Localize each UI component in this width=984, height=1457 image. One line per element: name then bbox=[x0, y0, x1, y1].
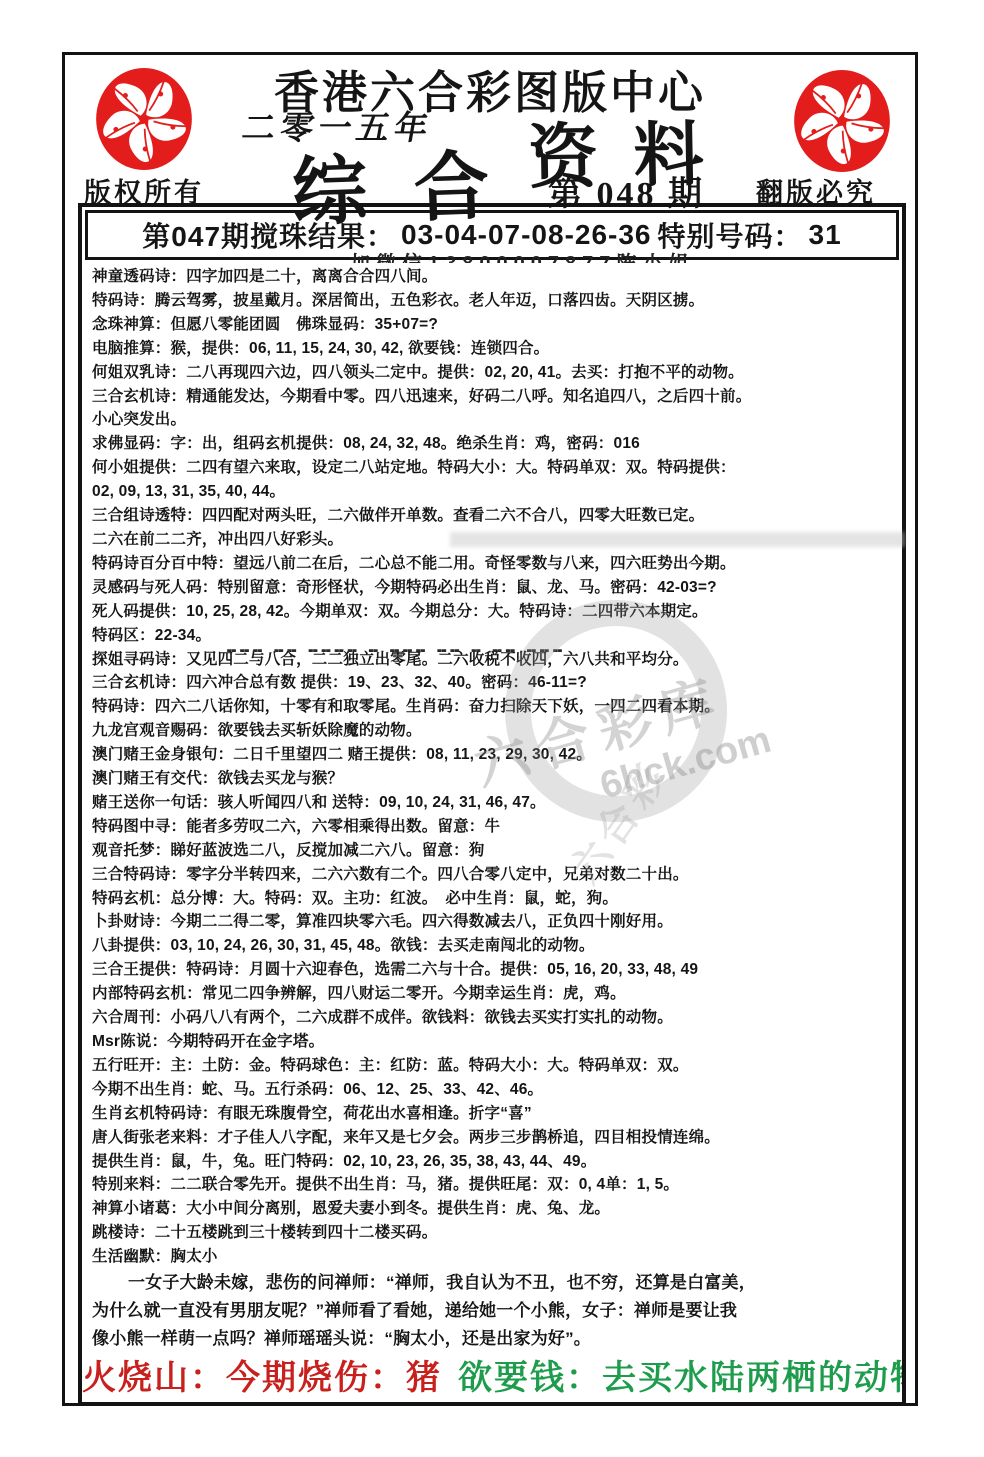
tip-line: 赌王送你一句话：骇人听闻四八和 送特：09, 10, 24, 31, 46, 4… bbox=[92, 791, 894, 815]
tip-line: 特码玄机：总分博：大。特码：双。主功：红波。 必中生肖：鼠，蛇，狗。 bbox=[92, 887, 894, 911]
tip-line: 六合周刊：小码八八有两个，二六成群不成伴。欲钱料：欲钱去买实打实扎的动物。 bbox=[92, 1006, 894, 1030]
tip-line: 02, 09, 13, 31, 35, 40, 44。 bbox=[92, 480, 894, 504]
tip-line: 今期不出生肖：蛇、马。五行杀码：06、12、25、33、42、46。 bbox=[92, 1078, 894, 1102]
footer-red-text: 火烧山：今期烧伤：猪 bbox=[82, 1360, 442, 1397]
tip-line: 九龙宫观音赐码：欲要钱去买斩妖除魔的动物。 bbox=[92, 719, 894, 743]
special-number-label: 特别号码： bbox=[658, 215, 803, 255]
tip-line: 何小姐提供：二四有望六来取，设定二八站定地。特码大小：大。特码单双：双。特码提供… bbox=[92, 456, 894, 480]
tip-line: 唐人街张老来料：才子佳人八字配，来年又是七夕会。两步三步鹊桥追，四目相投情连绵。 bbox=[92, 1126, 894, 1150]
tips-lines: 神童透码诗：四字加四是二十，离离合合四八间。特码诗：腾云驾雾，披星戴月。深居简出… bbox=[92, 265, 894, 1269]
content-frame: 第047期搅珠结果： 03-04-07-08-26-36 特别号码： 31 加微… bbox=[78, 203, 906, 1406]
tip-line: 电脑推算：猴，提供：06, 11, 15, 24, 30, 42, 欲要钱：连锁… bbox=[92, 337, 894, 361]
tip-line: 小心突发出。 bbox=[92, 408, 894, 432]
joke-line: 为什么就一直没有男朋友呢？”禅师看了看她，递给她一个小熊，女子：禅师是要让我 bbox=[92, 1297, 894, 1325]
joke-line: 一女子大龄未嫁，悲伤的问禅师：“禅师，我自认为不丑，也不穷，还算是白富美， bbox=[92, 1269, 894, 1297]
tip-line: 内部特码玄机：常见二四争辨解，四八财运二零开。今期幸运生肖：虎，鸡。 bbox=[92, 982, 894, 1006]
tip-line: 提供生肖：鼠，牛，兔。旺门特码：02, 10, 23, 26, 35, 38, … bbox=[92, 1150, 894, 1174]
bauhinia-flower-logo-right-icon bbox=[790, 66, 894, 176]
result-prefix: 第047期搅珠结果： bbox=[142, 215, 395, 255]
tip-line: 死人码提供：10, 25, 28, 42。今期单双：双。今期总分：大。特码诗：二… bbox=[92, 600, 894, 624]
tip-line: 特码诗：四六二八话你知，十零有和取零尾。生肖码：奋力扫除天下妖，一四二四看本期。 bbox=[92, 695, 894, 719]
tips-text-block: 神童透码诗：四字加四是二十，离离合合四八间。特码诗：腾云驾雾，披星戴月。深居简出… bbox=[92, 265, 894, 1353]
tip-line: 三合组诗透特：四四配对两头旺，二六做伴开单数。查看二六不合八，四零大旺数已定。 bbox=[92, 504, 894, 528]
tip-line: 何姐双乳诗：二八再现四六边，四八领头二定中。提供：02, 20, 41。去买：打… bbox=[92, 361, 894, 385]
tip-line: 生活幽默：胸太小 bbox=[92, 1245, 894, 1269]
tip-line: 三合玄机诗：精通能发达，今期看中零。四八迅速来，好码二八呼。知名追四八，之后四十… bbox=[92, 385, 894, 409]
joke-line: 像小熊一样萌一点吗？禅师瑶瑶头说：“胸太小，还是出家为好”。 bbox=[92, 1325, 894, 1353]
tip-line: 生肖玄机特码诗：有眼无珠腹骨空，荷花出水喜相逢。折字“喜” bbox=[92, 1102, 894, 1126]
tip-line: 特码图中寻：能者多劳叹二六，六零相乘得出数。留意：牛 bbox=[92, 815, 894, 839]
tip-line: 三合玄机诗：四六冲合总有数 提供：19、23、32、40。密码：46-11=? bbox=[92, 671, 894, 695]
tip-line: 灵感码与死人码：特别留意：奇形怪状，今期特码必出生肖：鼠、龙、马。密码：42-0… bbox=[92, 576, 894, 600]
bauhinia-flower-logo-left-icon bbox=[92, 64, 196, 174]
tip-line: 二六在前二二齐，冲出四八好彩头。 bbox=[92, 528, 894, 552]
tip-line: 三合特码诗：零字分半转四来，二六六数有二个。四八合零八定中，兄弟对数二十出。 bbox=[92, 863, 894, 887]
tip-line: 念珠神算：但愿八零能团圆 佛珠显码：35+07=? bbox=[92, 313, 894, 337]
tip-line: 观音托梦：睇好蓝波选二八，反搅加减二六八。留意：狗 bbox=[92, 839, 894, 863]
tip-line: 特码诗百分百中特：望远八前二在后，二心总不能二用。奇怪零数与八来，四六旺势出今期… bbox=[92, 552, 894, 576]
clipped-phone-line: 加微信13800007877陈小姐 bbox=[350, 252, 850, 263]
tip-line: 八卦提供：03, 10, 24, 26, 30, 31, 45, 48。欲钱：去… bbox=[92, 934, 894, 958]
footer-green-text: 欲要钱：去买水陆两栖的动物 bbox=[458, 1360, 906, 1397]
tip-line: 澳门赌王有交代：欲钱去买龙与猴？ bbox=[92, 767, 894, 791]
previous-draw-result: 第047期搅珠结果： 03-04-07-08-26-36 特别号码： 31 加微… bbox=[85, 210, 899, 260]
tip-line: 澳门赌王金身银句：二日千里望四二 赌王提供：08, 11, 23, 29, 30… bbox=[92, 743, 894, 767]
tip-line: 求佛显码：字：出，组码玄机提供：08, 24, 32, 48。绝杀生肖：鸡，密码… bbox=[92, 432, 894, 456]
tip-line: 三合王提供：特码诗：月圆十六迎春色，选需二六与十合。提供：05, 16, 20,… bbox=[92, 958, 894, 982]
tip-line: 特码诗：腾云驾雾，披星戴月。深居简出，五色彩衣。老人年迈，口落四齿。天阴区掳。 bbox=[92, 289, 894, 313]
tip-line: 神童透码诗：四字加四是二十，离离合合四八间。 bbox=[92, 265, 894, 289]
censored-text-strip: ╍╍╍ ╍╍ ╍╍╍╍ ╍ ╍╍╍ ╍╍ ╍ ╍╍ ╍╍╍ bbox=[227, 643, 567, 652]
lottery-tip-sheet: 香港六合彩图版中心 二零一五年 综 合 资 料 第 048 期 版权所有 翻版必… bbox=[0, 0, 984, 1457]
tip-line: 卜卦财诗：今期二二得二零，算准四块零六毛。四六得数减去八，正负四十刚好用。 bbox=[92, 910, 894, 934]
tip-line: 特别来料：二二联合零先开。提供不出生肖：马，猪。提供旺尾：双：0, 4单：1, … bbox=[92, 1173, 894, 1197]
tip-line: 五行旺开：主：土防：金。特码球色：主：红防：蓝。特码大小：大。特码单双：双。 bbox=[92, 1054, 894, 1078]
tip-line: 神算小诸葛：大小中间分离别，恩爱夫妻小到冬。提供生肖：虎、兔、龙。 bbox=[92, 1197, 894, 1221]
tip-line: Msr陈说：今期特码开在金字塔。 bbox=[92, 1030, 894, 1054]
special-number: 31 bbox=[809, 219, 842, 251]
result-numbers: 03-04-07-08-26-36 bbox=[401, 219, 652, 251]
tip-line: 跳楼诗：二十五楼跳到三十楼转到四十二楼买码。 bbox=[92, 1221, 894, 1245]
footer-tip-line: 火烧山：今期烧伤：猪欲要钱：去买水陆两栖的动物 bbox=[82, 1350, 902, 1399]
joke-paragraph: 一女子大龄未嫁，悲伤的问禅师：“禅师，我自认为不丑，也不穷，还算是白富美，为什么… bbox=[92, 1269, 894, 1353]
